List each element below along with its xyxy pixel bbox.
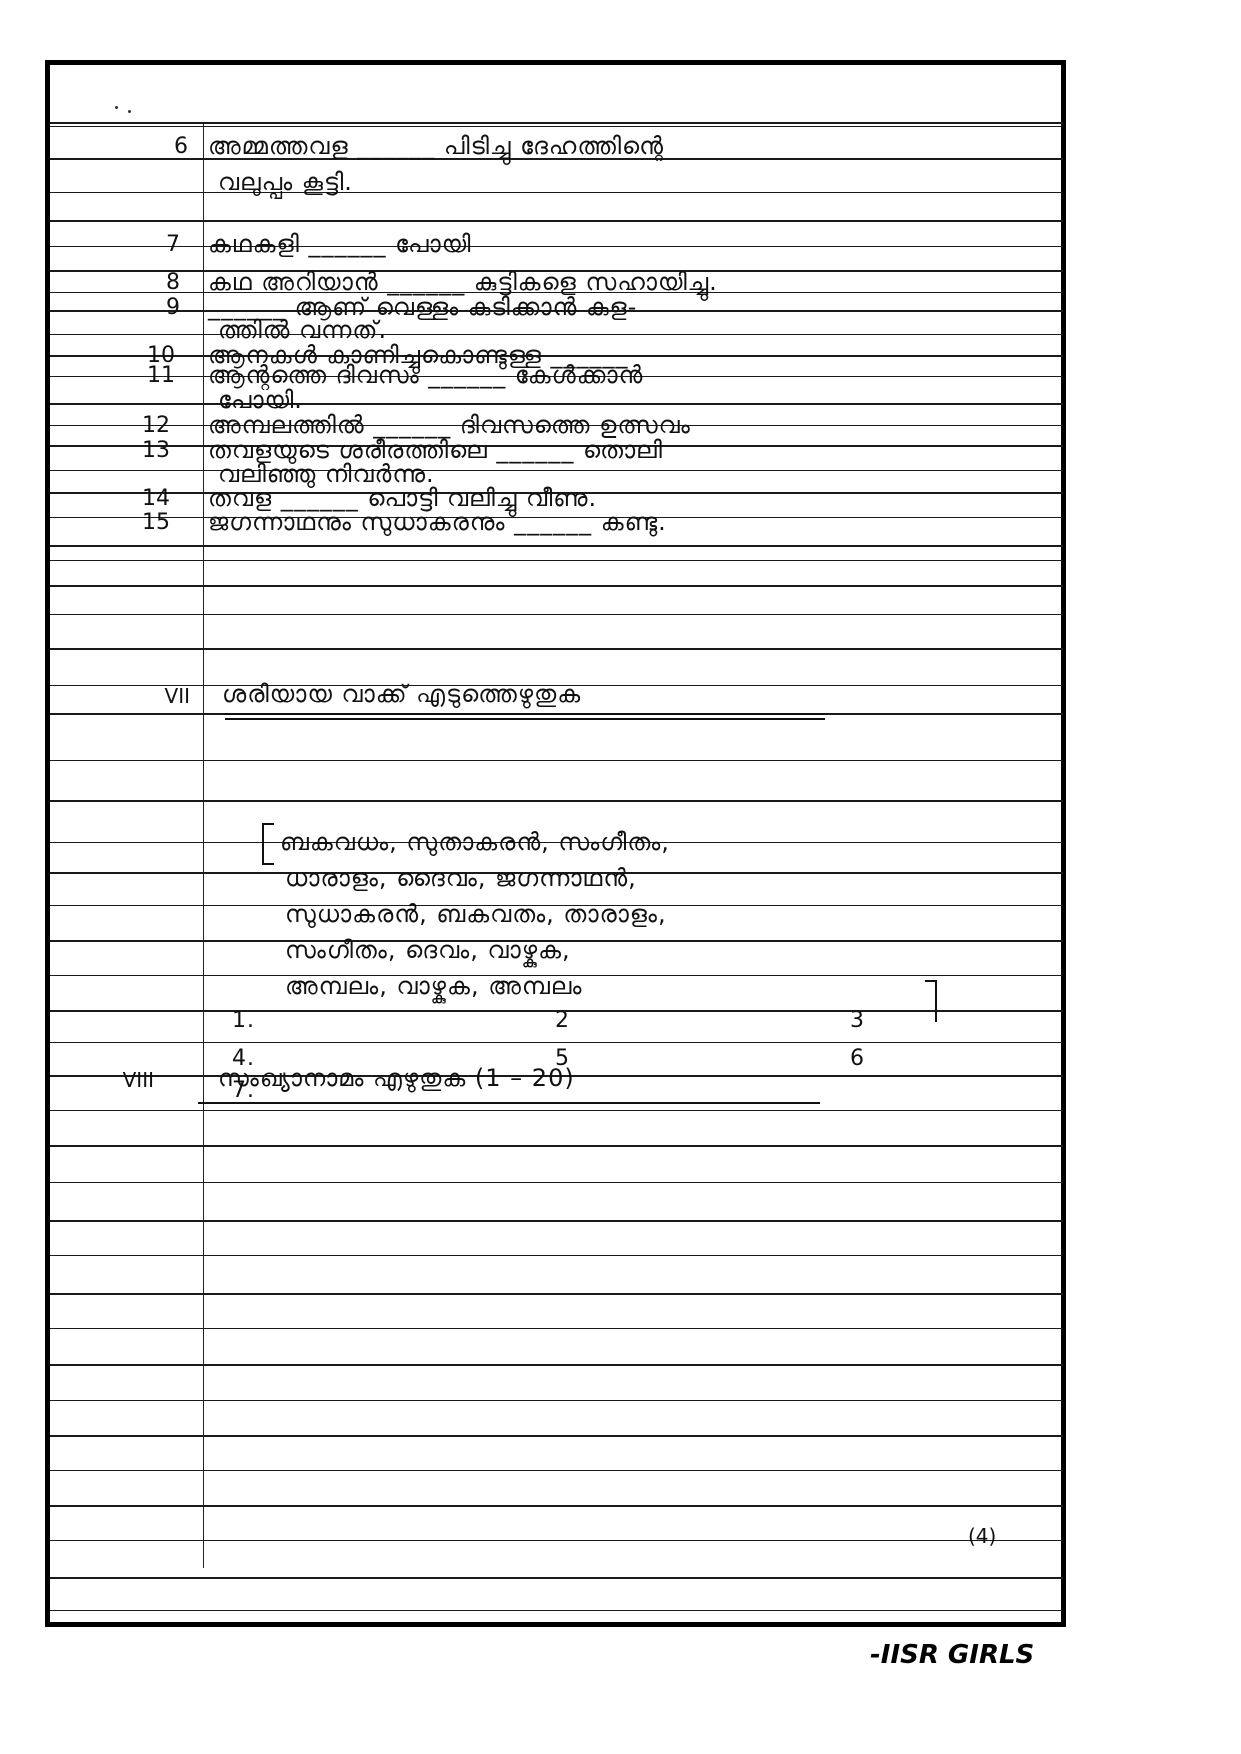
heading-underline bbox=[225, 718, 825, 720]
word-bank-line: ധാരാളം, ദൈവം, ജഗന്നാഥൻ, bbox=[285, 866, 637, 890]
question-number: 7 bbox=[140, 232, 180, 257]
rule-line bbox=[50, 1220, 1063, 1222]
section-vii-heading: ശരിയായ വാക്ക് എടുത്തെഴുതുക bbox=[222, 682, 581, 706]
word-bank-line: അമ്പലം, വാഴ്കുക, അമ്പലം bbox=[285, 974, 582, 998]
question-text: വലുപ്പം കൂട്ടി. bbox=[218, 170, 353, 194]
question-number: 15 bbox=[130, 510, 170, 535]
rule-line bbox=[50, 585, 1063, 587]
rule-line bbox=[50, 760, 1063, 761]
question-text: കഥ അറിയാൻ ______ കുട്ടികളെ സഹായിച്ചു. bbox=[208, 270, 718, 294]
answer-slot: 3 bbox=[850, 1010, 865, 1032]
question-number: 9 bbox=[140, 295, 180, 320]
answer-slot: 2 bbox=[555, 1010, 570, 1032]
rule-line bbox=[50, 1042, 1063, 1043]
rule-line bbox=[50, 1540, 1063, 1541]
section-vii-number: VII bbox=[140, 684, 190, 708]
rule-line bbox=[50, 1577, 1063, 1579]
scan-speck bbox=[115, 106, 118, 109]
rule-line bbox=[50, 1145, 1063, 1147]
question-text: ത്തിൽ വന്നത്. bbox=[218, 318, 387, 342]
rule-line bbox=[50, 1255, 1063, 1256]
rule-line bbox=[50, 614, 1063, 615]
question-number: 11 bbox=[135, 363, 175, 388]
rule-line bbox=[50, 403, 1063, 405]
answer-slot: 6 bbox=[850, 1048, 865, 1070]
question-number: 14 bbox=[130, 486, 170, 511]
question-text: പോയി. bbox=[218, 388, 303, 412]
question-number: 6 bbox=[148, 134, 188, 159]
question-text: അമ്മത്തവള ______ പിടിച്ചു ദേഹത്തിന്റെ bbox=[208, 134, 664, 158]
word-bank-close-bracket bbox=[925, 980, 937, 1022]
footer-label: -IISR GIRLS bbox=[870, 1640, 1034, 1670]
rule-line bbox=[50, 334, 1063, 335]
question-text: തവള ______ പൊട്ടി വലിച്ചു വീണു. bbox=[208, 486, 597, 510]
question-text: ജഗന്നാഥനും സുധാകരനും ______ കണ്ടു. bbox=[208, 510, 667, 534]
word-bank-open-bracket bbox=[262, 823, 274, 865]
scan-speck bbox=[128, 110, 131, 113]
section-viii-heading: സംഖ്യാനാമം എഴുതുക (1 – 20) bbox=[218, 1066, 575, 1090]
rule-line bbox=[50, 1470, 1063, 1471]
rule-line bbox=[50, 1293, 1063, 1295]
page-number: (4) bbox=[968, 1524, 996, 1548]
question-number: 8 bbox=[140, 270, 180, 295]
question-number: 12 bbox=[130, 413, 170, 438]
rule-line bbox=[50, 470, 1063, 471]
rule-line bbox=[50, 1328, 1063, 1329]
rule-line bbox=[50, 1505, 1063, 1507]
rule-line bbox=[50, 126, 1063, 127]
question-text: തവളയുടെ ശരീരത്തിലെ ______ തൊലി bbox=[208, 438, 663, 462]
question-text: ആന്റത്തെ ദിവസം ______ കേൾക്കാൻ bbox=[208, 363, 643, 387]
heading-underline bbox=[198, 1102, 820, 1104]
rule-line bbox=[50, 246, 1063, 247]
answer-slot: 1. bbox=[232, 1010, 255, 1032]
heading-underline bbox=[225, 713, 825, 715]
section-viii-number: VIII bbox=[104, 1068, 154, 1092]
rule-line bbox=[50, 1110, 1063, 1111]
word-bank-line: സുധാകരൻ, ബകവതം, താരാളം, bbox=[285, 902, 667, 926]
rule-line bbox=[50, 192, 1063, 193]
rule-line bbox=[50, 648, 1063, 650]
rule-line bbox=[50, 800, 1063, 802]
rule-line bbox=[50, 545, 1063, 547]
rule-line bbox=[50, 1182, 1063, 1183]
rule-line bbox=[50, 122, 1063, 124]
word-bank-line: സംഗീതം, ദെവം, വാഴ്കുക, bbox=[285, 938, 571, 962]
question-number: 13 bbox=[130, 438, 170, 463]
rule-line bbox=[50, 220, 1063, 222]
question-text: കഥകളി ______ പോയി bbox=[208, 232, 471, 256]
question-text: വലിഞ്ഞു നിവർന്നു. bbox=[218, 462, 435, 486]
rule-line bbox=[50, 1400, 1063, 1401]
word-bank-line: ബകവധം, സുതാകരൻ, സംഗീതം, bbox=[280, 830, 670, 854]
rule-line bbox=[50, 1435, 1063, 1437]
rule-line bbox=[50, 1364, 1063, 1366]
rule-line bbox=[50, 1610, 1063, 1611]
rule-line bbox=[50, 560, 1063, 561]
margin-line bbox=[203, 124, 204, 1568]
question-text: അമ്പലത്തിൽ ______ ദിവസത്തെ ഉത്സവം bbox=[208, 413, 691, 437]
